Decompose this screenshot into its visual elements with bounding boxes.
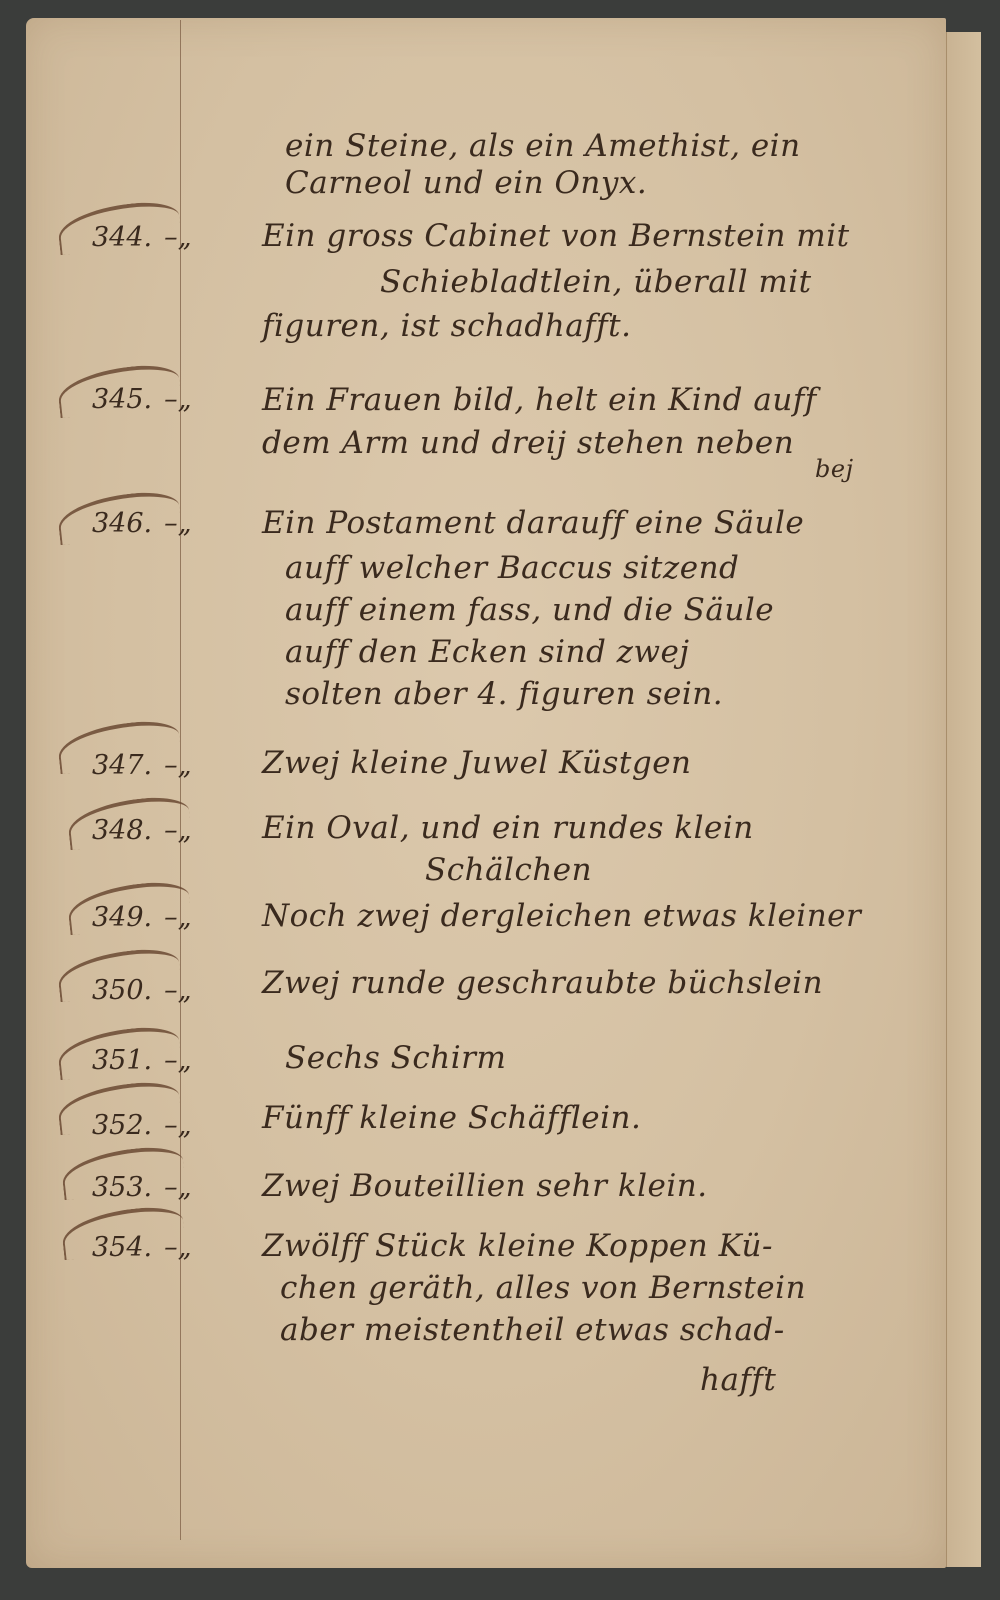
entry-number: 348.–„ [92,815,192,846]
entry-line: Ein Oval, und ein rundes klein [262,810,754,846]
entry-line: auff welcher Baccus sitzend [285,550,739,586]
entry-line: Zwölff Stück kleine Koppen Kü- [262,1228,773,1264]
entry-line: Ein Postament darauff eine Säule [262,505,804,541]
next-page-edge [946,32,981,1567]
entry-number: 352.–„ [92,1110,192,1141]
entry-line: auff den Ecken sind zwej [285,634,690,670]
entry-number: 353.–„ [92,1172,192,1203]
entry-number: 349.–„ [92,902,192,933]
entry-line: dem Arm und dreij stehen neben [262,425,794,461]
entry-line: Fünff kleine Schäfflein. [262,1100,641,1136]
entry-number: 351.–„ [92,1045,192,1076]
entry-line: Schiebladtlein, überall mit [380,264,812,300]
entry-line: figuren, ist schadhafft. [262,308,631,344]
continuation-line: ein Steine, als ein Amethist, ein [285,128,801,164]
continuation-line: Carneol und ein Onyx. [285,165,647,201]
entry-line: Sechs Schirm [285,1040,506,1076]
entry-line: aber meistentheil etwas schad- [280,1312,785,1348]
entry-line: Ein Frauen bild, helt ein Kind auff [262,382,817,418]
entry-line: Schälchen [425,852,592,888]
entry-number: 354.–„ [92,1232,192,1263]
entry-number: 350.–„ [92,975,192,1006]
entry-line: Zwej runde geschraubte büchslein [262,965,823,1001]
entry-line: Zwej kleine Juwel Küstgen [262,745,692,781]
entry-line: hafft [700,1362,776,1398]
entry-line: solten aber 4. figuren sein. [285,676,723,712]
entry-line: Ein gross Cabinet von Bernstein mit [262,218,850,254]
entry-line: bej [815,455,854,483]
entry-number: 345.–„ [92,384,192,415]
entry-line: auff einem fass, und die Säule [285,592,774,628]
entry-number: 347.–„ [92,750,192,781]
entry-line: Noch zwej dergleichen etwas kleiner [262,898,861,934]
entry-line: chen geräth, alles von Bernstein [280,1270,806,1306]
entry-number: 346.–„ [92,508,192,539]
entry-line: Zwej Bouteillien sehr klein. [262,1168,708,1204]
entry-number: 344.–„ [92,222,192,253]
